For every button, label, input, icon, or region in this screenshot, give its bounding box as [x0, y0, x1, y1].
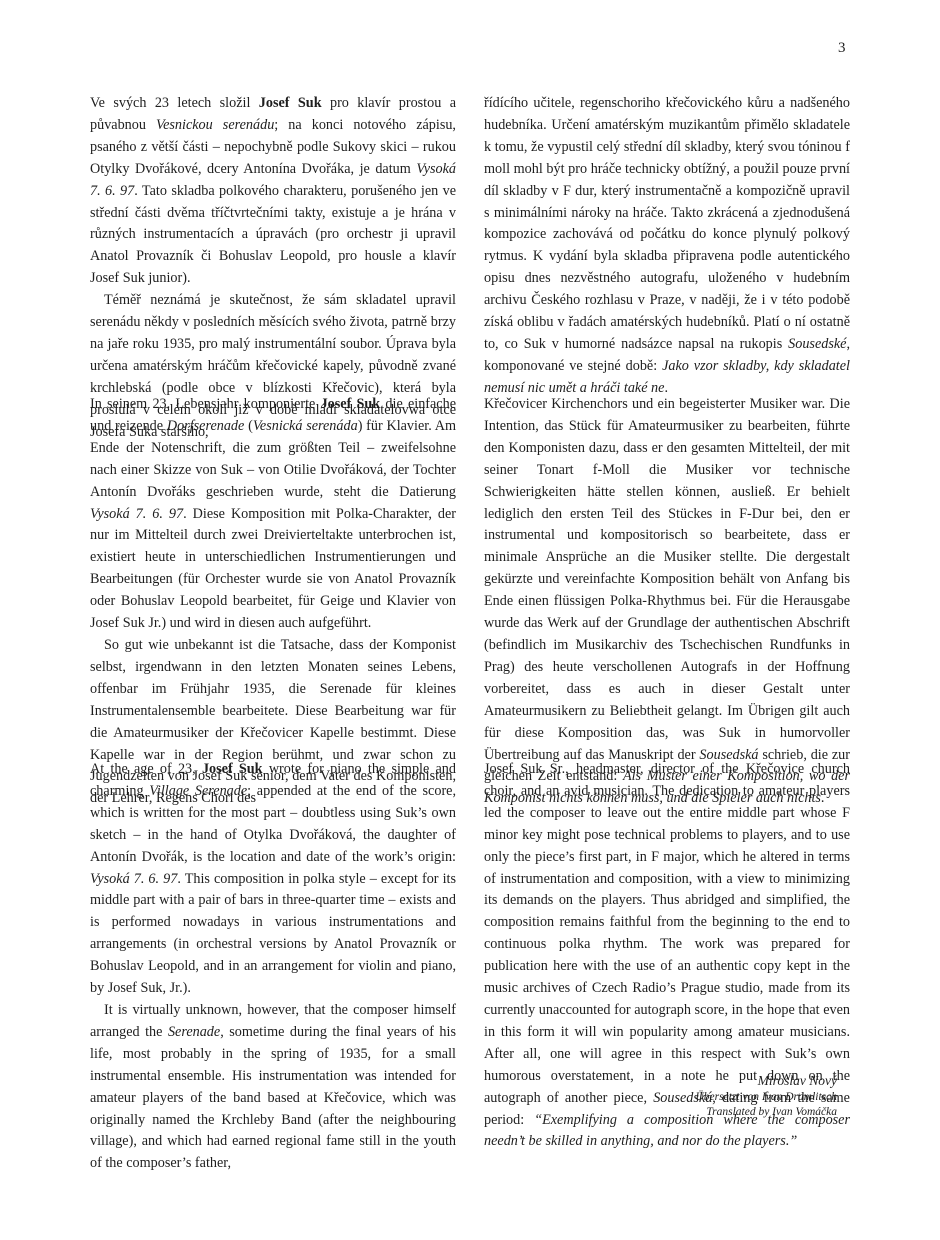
- text-run: Křečovicer Kirchenchors und ein begeiste…: [484, 396, 850, 763]
- text-run: At the age of 23,: [90, 761, 202, 777]
- paragraph: At the age of 23, Josef Suk wrote for pi…: [90, 759, 456, 1000]
- italic-text: Vysoká 7. 6. 97: [90, 506, 183, 522]
- author-name: Miroslav Nový: [696, 1072, 838, 1090]
- text-run: . Diese Komposition mit Polka-Charakter,…: [90, 506, 456, 632]
- italic-text: Vesnická serenáda: [253, 418, 358, 434]
- italic-text: Vysoká 7. 6. 97: [90, 871, 177, 887]
- italic-text: Dorfserenade: [167, 418, 245, 434]
- text-run: . This composition in polka style – exce…: [90, 871, 456, 997]
- text-run: . Tato skladba polkového charakteru, por…: [90, 183, 456, 287]
- italic-text: Village Serenade: [149, 783, 247, 799]
- column-left: At the age of 23, Josef Suk wrote for pi…: [90, 759, 456, 1175]
- paragraph: Ve svých 23 letech složil Josef Suk pro …: [90, 93, 456, 290]
- column-left: Ve svých 23 letech složil Josef Suk pro …: [90, 93, 456, 444]
- text-run: In seinem 23. Lebensjahr komponierte: [90, 396, 321, 412]
- text-run: řídícího učitele, regenschoriho křečovic…: [484, 95, 850, 352]
- bold-text: Josef Suk: [202, 761, 263, 777]
- paragraph: Křečovicer Kirchenchors und ein begeiste…: [484, 394, 850, 810]
- italic-text: Sousedské: [788, 336, 846, 352]
- text-run: , sometime during the final years of his…: [90, 1024, 456, 1171]
- text-run: Ve svých 23 letech složil: [90, 95, 259, 111]
- paragraph: řídícího učitele, regenschoriho křečovic…: [484, 93, 850, 400]
- italic-text: Vesnickou serenádu: [156, 117, 274, 133]
- column-right: řídícího učitele, regenschoriho křečovic…: [484, 93, 850, 444]
- paragraph: It is virtually unknown, however, that t…: [90, 1000, 456, 1175]
- bold-text: Josef Suk: [259, 95, 322, 111]
- section-czech: Ve svých 23 letech složil Josef Suk pro …: [90, 93, 850, 444]
- page-number: 3: [838, 40, 846, 57]
- italic-text: Serenade: [168, 1024, 220, 1040]
- translator-german: Übersetzt von Ivan Dramlitsch: [696, 1090, 838, 1105]
- text-run: (: [244, 418, 252, 434]
- credits: Miroslav Nový Übersetzt von Ivan Dramlit…: [696, 1072, 838, 1120]
- bold-text: Josef Suk: [321, 396, 381, 412]
- text-run: Josef Suk Sr., headmaster, director of t…: [484, 761, 850, 1106]
- column-right: Křečovicer Kirchenchors und ein begeiste…: [484, 394, 850, 810]
- section-german: In seinem 23. Lebensjahr komponierte Jos…: [90, 394, 850, 810]
- column-left: In seinem 23. Lebensjahr komponierte Jos…: [90, 394, 456, 810]
- paragraph: In seinem 23. Lebensjahr komponierte Jos…: [90, 394, 456, 635]
- translator-english: Translated by Ivan Vomáčka: [696, 1105, 838, 1120]
